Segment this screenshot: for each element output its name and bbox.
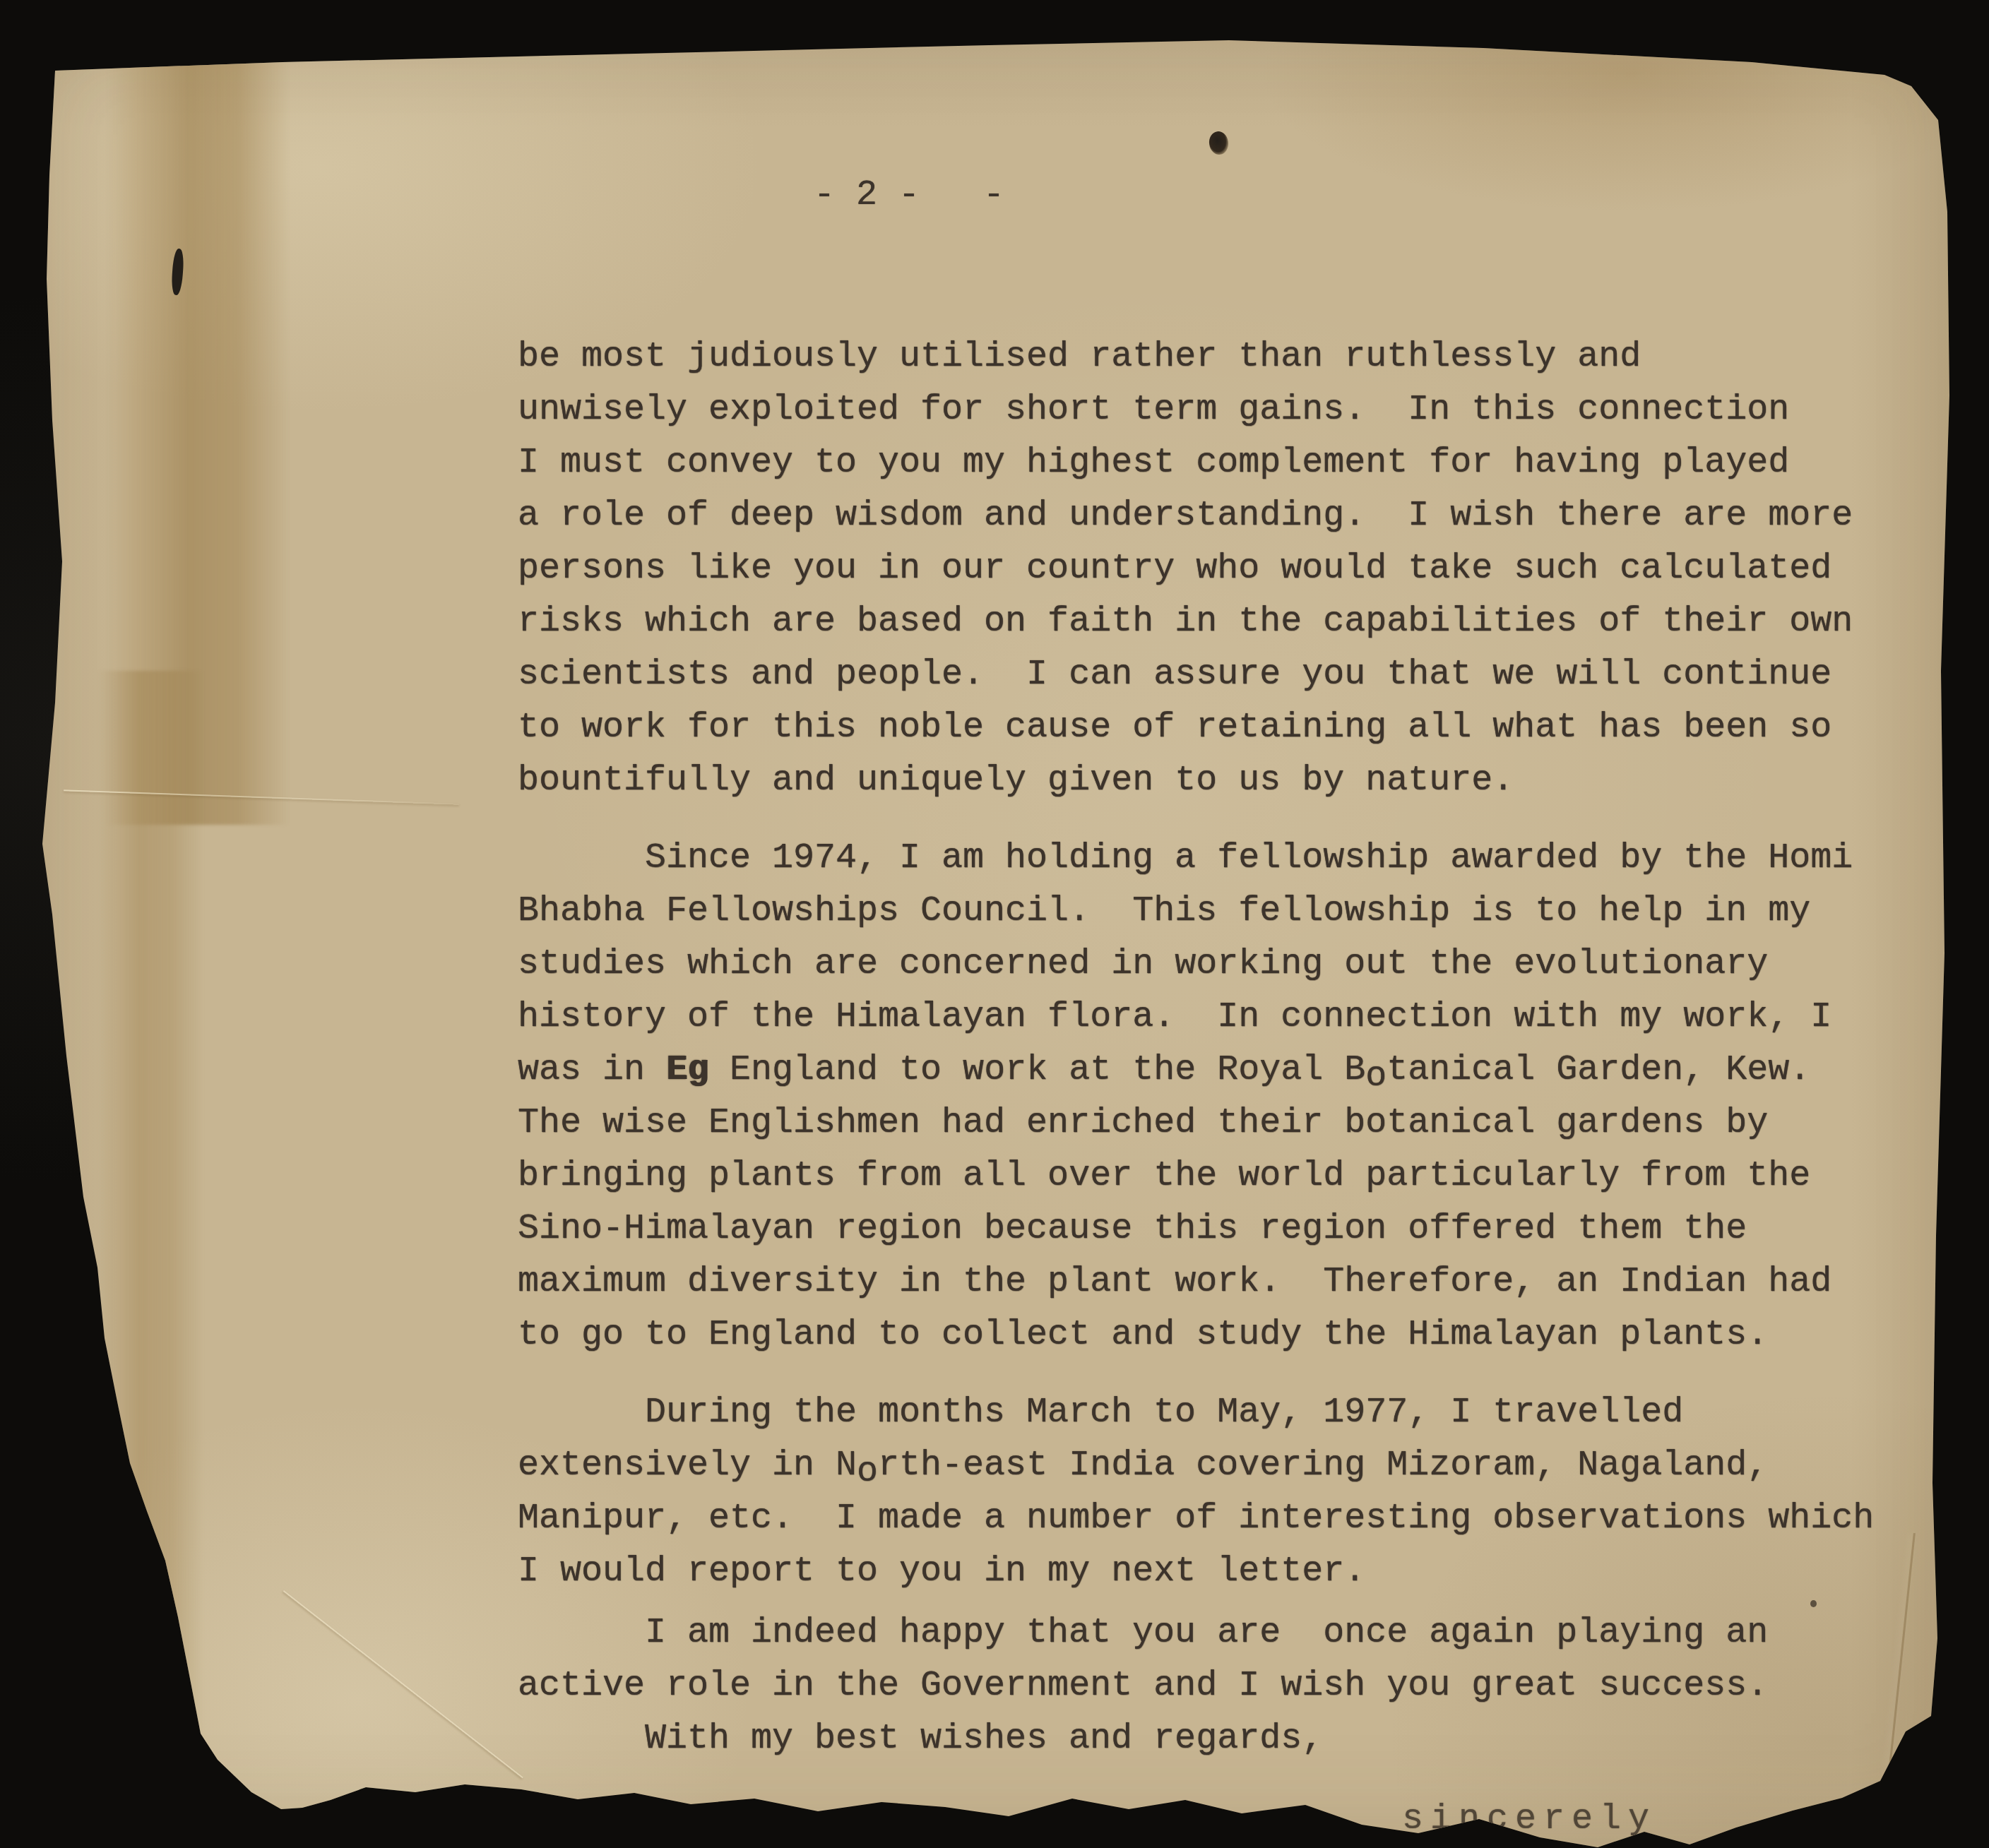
ink-dot bbox=[1208, 130, 1230, 155]
typed-line: Since 1974, I am holding a fellowship aw… bbox=[518, 832, 1937, 885]
diagonal-crease bbox=[283, 1590, 523, 1778]
typed-line: active role in the Government and I wish… bbox=[518, 1659, 1937, 1712]
typed-line: During the months March to May, 1977, I … bbox=[518, 1386, 1937, 1439]
paragraph-4: I am indeed happy that you are once agai… bbox=[518, 1606, 1937, 1712]
typed-line: be most judiously utilised rather than r… bbox=[518, 330, 1937, 383]
typed-line: to work for this noble cause of retainin… bbox=[518, 701, 1937, 754]
typed-line: to go to England to collect and study th… bbox=[518, 1308, 1937, 1361]
dropped-letter: o bbox=[857, 1452, 878, 1492]
tape-stain-lower bbox=[97, 671, 203, 1772]
typed-line: bountifully and uniquely given to us by … bbox=[518, 754, 1937, 807]
letter-page: - 2 - - be most judiously utilised rathe… bbox=[0, 0, 1989, 1848]
paragraph-2: Since 1974, I am holding a fellowship aw… bbox=[518, 832, 1937, 1361]
typed-line: maximum diversity in the plant work. The… bbox=[518, 1256, 1937, 1308]
typed-line: scientists and people. I can assure you … bbox=[518, 648, 1937, 701]
signoff-partial: sincerely bbox=[1402, 1799, 1656, 1840]
typed-line: Sino-Himalayan region because this regio… bbox=[518, 1203, 1937, 1256]
dropped-letter: o bbox=[1365, 1056, 1387, 1097]
typed-line: I am indeed happy that you are once agai… bbox=[518, 1606, 1937, 1659]
line-segment: tanical Garden, Kew. bbox=[1387, 1050, 1810, 1090]
line-segment: rth-east India covering Mizoram, Nagalan… bbox=[878, 1445, 1768, 1486]
line-segment: England to work at the Royal B bbox=[708, 1050, 1365, 1090]
typed-line: Bhabha Fellowships Council. This fellows… bbox=[518, 885, 1937, 938]
page-number: - 2 - - bbox=[814, 175, 1004, 215]
bottom-left-tear-slit bbox=[159, 1682, 169, 1787]
typed-line: I would report to you in my next letter. bbox=[518, 1545, 1937, 1598]
closing-line-para: With my best wishes and regards, bbox=[518, 1712, 1937, 1765]
typeover-segment: Eg bbox=[666, 1050, 708, 1090]
typed-line-northeast: extensively in North-east India covering… bbox=[518, 1439, 1937, 1492]
typed-line: risks which are based on faith in the ca… bbox=[518, 595, 1937, 648]
typed-line: Manipur, etc. I made a number of interes… bbox=[518, 1492, 1937, 1545]
typed-line: bringing plants from all over the world … bbox=[518, 1150, 1937, 1203]
typed-line: persons like you in our country who woul… bbox=[518, 542, 1937, 595]
typed-line: studies which are concerned in working o… bbox=[518, 938, 1937, 991]
line-segment: extensively in N bbox=[518, 1445, 857, 1486]
typed-line: a role of deep wisdom and understanding.… bbox=[518, 489, 1937, 542]
left-edge-tear-mark bbox=[171, 249, 185, 296]
line-segment: was in bbox=[518, 1050, 666, 1090]
typed-line: history of the Himalayan flora. In conne… bbox=[518, 991, 1937, 1044]
paragraph-3: During the months March to May, 1977, I … bbox=[518, 1386, 1937, 1598]
typed-line-england: was in Eg England to work at the Royal B… bbox=[518, 1044, 1937, 1097]
horizontal-crease bbox=[64, 789, 459, 805]
paragraph-1: be most judiously utilised rather than r… bbox=[518, 330, 1937, 807]
typed-line: unwisely exploited for short term gains.… bbox=[518, 383, 1937, 436]
scan-background: - 2 - - be most judiously utilised rathe… bbox=[0, 0, 1989, 1848]
typed-line: I must convey to you my highest compleme… bbox=[518, 436, 1937, 489]
letter-body: be most judiously utilised rather than r… bbox=[518, 330, 1937, 1765]
tape-stain-upper bbox=[106, 62, 290, 825]
closing-line: With my best wishes and regards, bbox=[518, 1712, 1937, 1765]
typed-line: The wise Englishmen had enriched their b… bbox=[518, 1097, 1937, 1150]
